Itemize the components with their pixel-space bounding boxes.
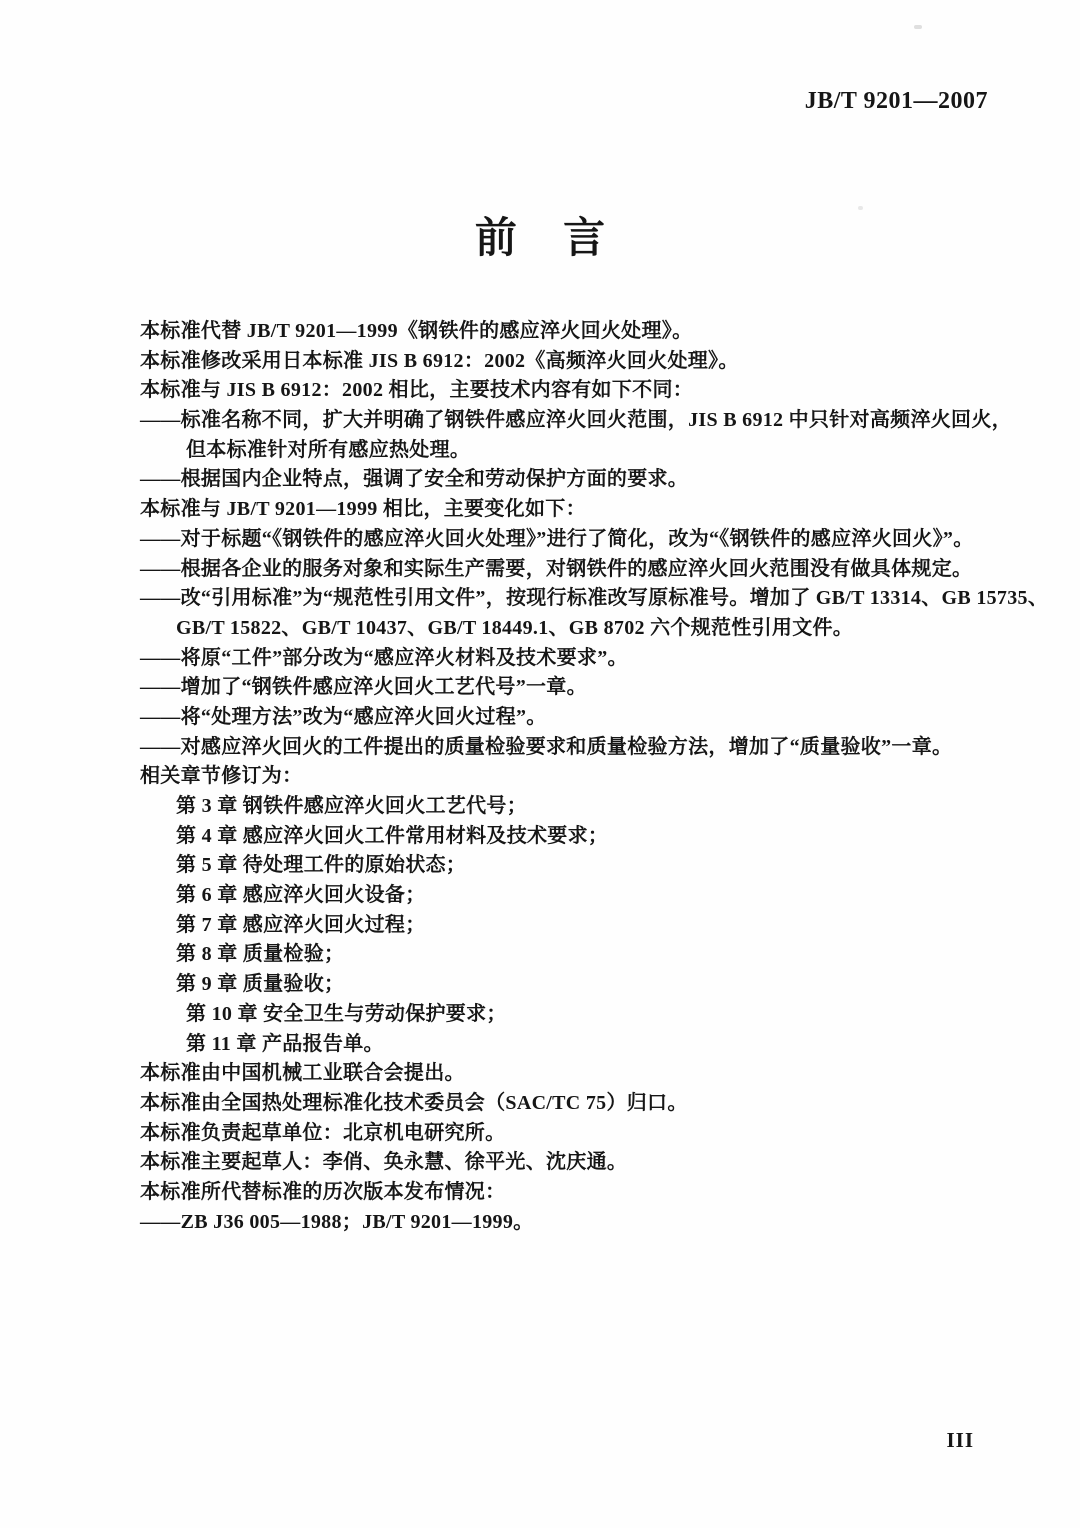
standard-number-header: JB/T 9201—2007 bbox=[805, 88, 988, 115]
paragraph-line: 本标准由全国热处理标准化技术委员会（SAC/TC 75）归口。 bbox=[140, 1089, 950, 1119]
paragraph-line: ——对于标题“《钢铁件的感应淬火回火处理》”进行了简化，改为“《钢铁件的感应淬火… bbox=[140, 525, 950, 555]
paragraph-line: ——对感应淬火回火的工件提出的质量检验要求和质量检验方法，增加了“质量验收”一章… bbox=[140, 733, 950, 763]
paragraph-line: ——将原“工件”部分改为“感应淬火材料及技术要求”。 bbox=[140, 644, 950, 674]
body-paragraphs: 本标准代替 JB/T 9201—1999《钢铁件的感应淬火回火处理》。本标准修改… bbox=[140, 317, 950, 1237]
paragraph-line: ——改“引用标准”为“规范性引用文件”，按现行标准改写原标准号。增加了 GB/T… bbox=[140, 584, 950, 614]
paragraph-line: 第 4 章 感应淬火回火工件常用材料及技术要求； bbox=[140, 822, 950, 852]
paragraph-line: ——将“处理方法”改为“感应淬火回火过程”。 bbox=[140, 703, 950, 733]
paragraph-line: 第 8 章 质量检验； bbox=[140, 940, 950, 970]
page-number: III bbox=[946, 1428, 974, 1453]
paragraph-line: ——根据各企业的服务对象和实际生产需要，对钢铁件的感应淬火回火范围没有做具体规定… bbox=[140, 555, 950, 585]
paragraph-line: 第 3 章 钢铁件感应淬火回火工艺代号； bbox=[140, 792, 950, 822]
paragraph-line: 本标准负责起草单位：北京机电研究所。 bbox=[140, 1119, 950, 1149]
paragraph-line: 本标准所代替标准的历次版本发布情况： bbox=[140, 1178, 950, 1208]
paragraph-line: 本标准主要起草人：李俏、奂永慧、徐平光、沈庆通。 bbox=[140, 1148, 950, 1178]
paragraph-line: ——ZB J36 005—1988；JB/T 9201—1999。 bbox=[140, 1208, 950, 1238]
paragraph-line: 第 11 章 产品报告单。 bbox=[140, 1030, 950, 1060]
paragraph-line: 本标准代替 JB/T 9201—1999《钢铁件的感应淬火回火处理》。 bbox=[140, 317, 950, 347]
page-title: 前言 bbox=[0, 205, 1080, 265]
paragraph-line: 第 9 章 质量验收； bbox=[140, 970, 950, 1000]
paragraph-line: ——增加了“钢铁件感应淬火回火工艺代号”一章。 bbox=[140, 673, 950, 703]
paragraph-line: 本标准修改采用日本标准 JIS B 6912：2002《高频淬火回火处理》。 bbox=[140, 347, 950, 377]
paragraph-line: 第 7 章 感应淬火回火过程； bbox=[140, 911, 950, 941]
paragraph-line: 第 5 章 待处理工件的原始状态； bbox=[140, 851, 950, 881]
paragraph-line: ——根据国内企业特点，强调了安全和劳动保护方面的要求。 bbox=[140, 465, 950, 495]
document-page: JB/T 9201—2007 前言 本标准代替 JB/T 9201—1999《钢… bbox=[0, 0, 1080, 1528]
paragraph-line: GB/T 15822、GB/T 10437、GB/T 18449.1、GB 87… bbox=[140, 614, 950, 644]
paragraph-line: 第 6 章 感应淬火回火设备； bbox=[140, 881, 950, 911]
paragraph-line: 第 10 章 安全卫生与劳动保护要求； bbox=[140, 1000, 950, 1030]
paragraph-line: 本标准与 JIS B 6912：2002 相比，主要技术内容有如下不同： bbox=[140, 376, 950, 406]
paragraph-line: 相关章节修订为： bbox=[140, 762, 950, 792]
paragraph-line: 本标准由中国机械工业联合会提出。 bbox=[140, 1059, 950, 1089]
paragraph-line: 本标准与 JB/T 9201—1999 相比，主要变化如下： bbox=[140, 495, 950, 525]
scan-artifact bbox=[914, 25, 922, 29]
paragraph-line: 但本标准针对所有感应热处理。 bbox=[140, 436, 950, 466]
paragraph-line: ——标准名称不同，扩大并明确了钢铁件感应淬火回火范围，JIS B 6912 中只… bbox=[140, 406, 950, 436]
